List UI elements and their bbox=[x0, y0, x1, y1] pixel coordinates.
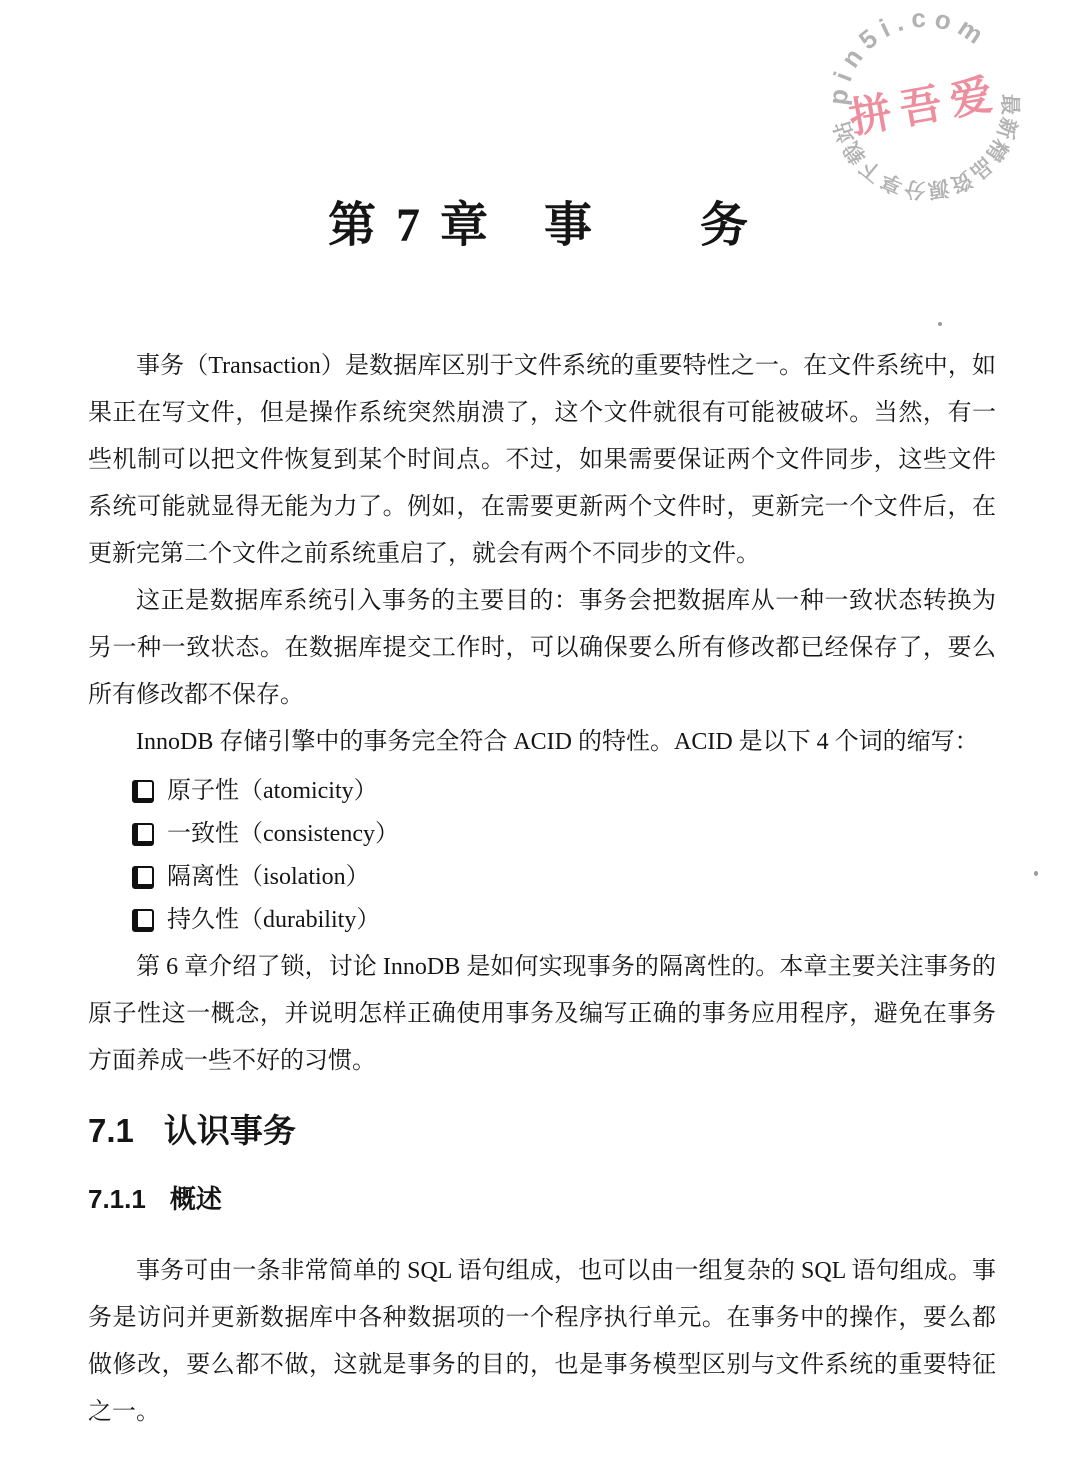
square-bullet-icon bbox=[132, 823, 154, 846]
chapter-title: 第 7 章 事 务 bbox=[0, 198, 1080, 254]
subsection-number: 7.1.1 bbox=[88, 1184, 146, 1214]
square-bullet-icon bbox=[132, 866, 154, 889]
list-item-atomicity: 原子性（atomicity） bbox=[132, 770, 996, 813]
list-item-label: 持久性（durability） bbox=[167, 899, 380, 942]
page-content: 事务（Transaction）是数据库区别于文件系统的重要特性之一。在文件系统中… bbox=[88, 343, 996, 1436]
watermark-ring-cn-text: 最新精品资源分享下载站 bbox=[828, 91, 1034, 214]
section-title: 认识事务 bbox=[164, 1112, 296, 1149]
list-item-label: 隔离性（isolation） bbox=[167, 856, 370, 899]
square-bullet-icon bbox=[132, 780, 154, 803]
watermark-ring-latin-text: pin5i.com bbox=[810, 0, 1002, 111]
square-bullet-icon bbox=[132, 909, 154, 932]
book-page: pin5i.com 最新精品资源分享下载站 拼吾爱 第 7 章 事 务 事务（T… bbox=[0, 0, 1080, 1478]
scan-speck bbox=[1034, 871, 1038, 876]
section-number: 7.1 bbox=[88, 1112, 134, 1149]
watermark-center-text: 拼吾爱 bbox=[846, 70, 1005, 143]
list-item-consistency: 一致性（consistency） bbox=[132, 813, 996, 856]
subsection-title: 概述 bbox=[170, 1184, 222, 1214]
paragraph-intro-2: 这正是数据库系统引入事务的主要目的：事务会把数据库从一种一致状态转换为另一种一致… bbox=[88, 578, 996, 719]
paragraph-intro-1: 事务（Transaction）是数据库区别于文件系统的重要特性之一。在文件系统中… bbox=[88, 343, 996, 578]
list-item-label: 原子性（atomicity） bbox=[167, 770, 378, 813]
acid-properties-list: 原子性（atomicity） 一致性（consistency） 隔离性（isol… bbox=[88, 770, 996, 942]
list-item-isolation: 隔离性（isolation） bbox=[132, 856, 996, 899]
paragraph-chapter-focus: 第 6 章介绍了锁，讨论 InnoDB 是如何实现事务的隔离性的。本章主要关注事… bbox=[88, 944, 996, 1085]
subsection-heading-7-1-1: 7.1.1概述 bbox=[88, 1183, 996, 1215]
scan-speck bbox=[938, 322, 942, 326]
paragraph-acid-intro: InnoDB 存储引擎中的事务完全符合 ACID 的特性。ACID 是以下 4 … bbox=[88, 719, 996, 766]
paragraph-overview: 事务可由一条非常简单的 SQL 语句组成，也可以由一组复杂的 SQL 语句组成。… bbox=[88, 1248, 996, 1436]
list-item-label: 一致性（consistency） bbox=[167, 813, 399, 856]
section-heading-7-1: 7.1认识事务 bbox=[88, 1111, 996, 1151]
list-item-durability: 持久性（durability） bbox=[132, 899, 996, 942]
